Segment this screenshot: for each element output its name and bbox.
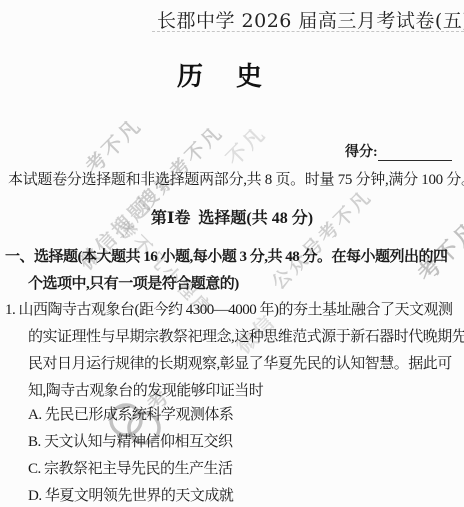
subject-title-char-right: 史 (236, 62, 262, 91)
watermark-text: 搜索考不凡 (132, 118, 229, 215)
exam-header-title: 长郡中学 2026 届高三月考试卷(五) (157, 6, 464, 33)
question1-line-4: 知,陶寺古观象台的发现能够印证当时 (28, 379, 263, 400)
section-title: 第Ⅰ卷 选择题(共 48 分) (0, 205, 464, 228)
subject-title: 历史 (177, 56, 262, 93)
header-divider-line (152, 31, 464, 32)
question1-option-d: D. 华夏文明领先世界的天文成就 (28, 484, 233, 505)
question1-line-3: 民对日月运行规律的长期观察,彰显了华夏先民的认知智慧。据此可 (28, 352, 452, 373)
question1-option-b: B. 天文认知与精神信仰相互交织 (28, 430, 233, 451)
instruction-line-2: 个选项中,只有一项是符合题意的) (28, 272, 239, 293)
question1-line-2: 的实证理性与早期宗教祭祀理念,这种思维范式源于新石器时代晚期先 (28, 325, 464, 346)
question1-option-a: A. 先民已形成系统科学观测体系 (28, 403, 233, 424)
exam-info-line: 本试题卷分选择题和非选择题两部分,共 8 页。时量 75 分钟,满分 100 分… (8, 168, 464, 189)
question1-option-c: C. 宗教祭祀主导先民的生产生活 (28, 457, 233, 478)
score-block: 得分: (345, 141, 452, 161)
instruction-line-1: 一、选择题(本大题共 16 小题,每小题 3 分,共 48 分。在每小题列出的四 (5, 245, 448, 266)
watermark-text: 不凡 (218, 118, 271, 171)
exam-paper-page: { "doc": { "header_title": "长郡中学 2026 届高… (0, 0, 464, 507)
score-label: 得分: (345, 145, 378, 160)
subject-title-char-left: 历 (177, 62, 203, 91)
question1-line-1: 1. 山西陶寺古观象台(距今约 4300—4000 年)的夯土基址融合了天文观测 (5, 298, 453, 319)
watermark-text: 公众号考不凡 (265, 182, 377, 294)
score-blank-line (378, 146, 452, 161)
